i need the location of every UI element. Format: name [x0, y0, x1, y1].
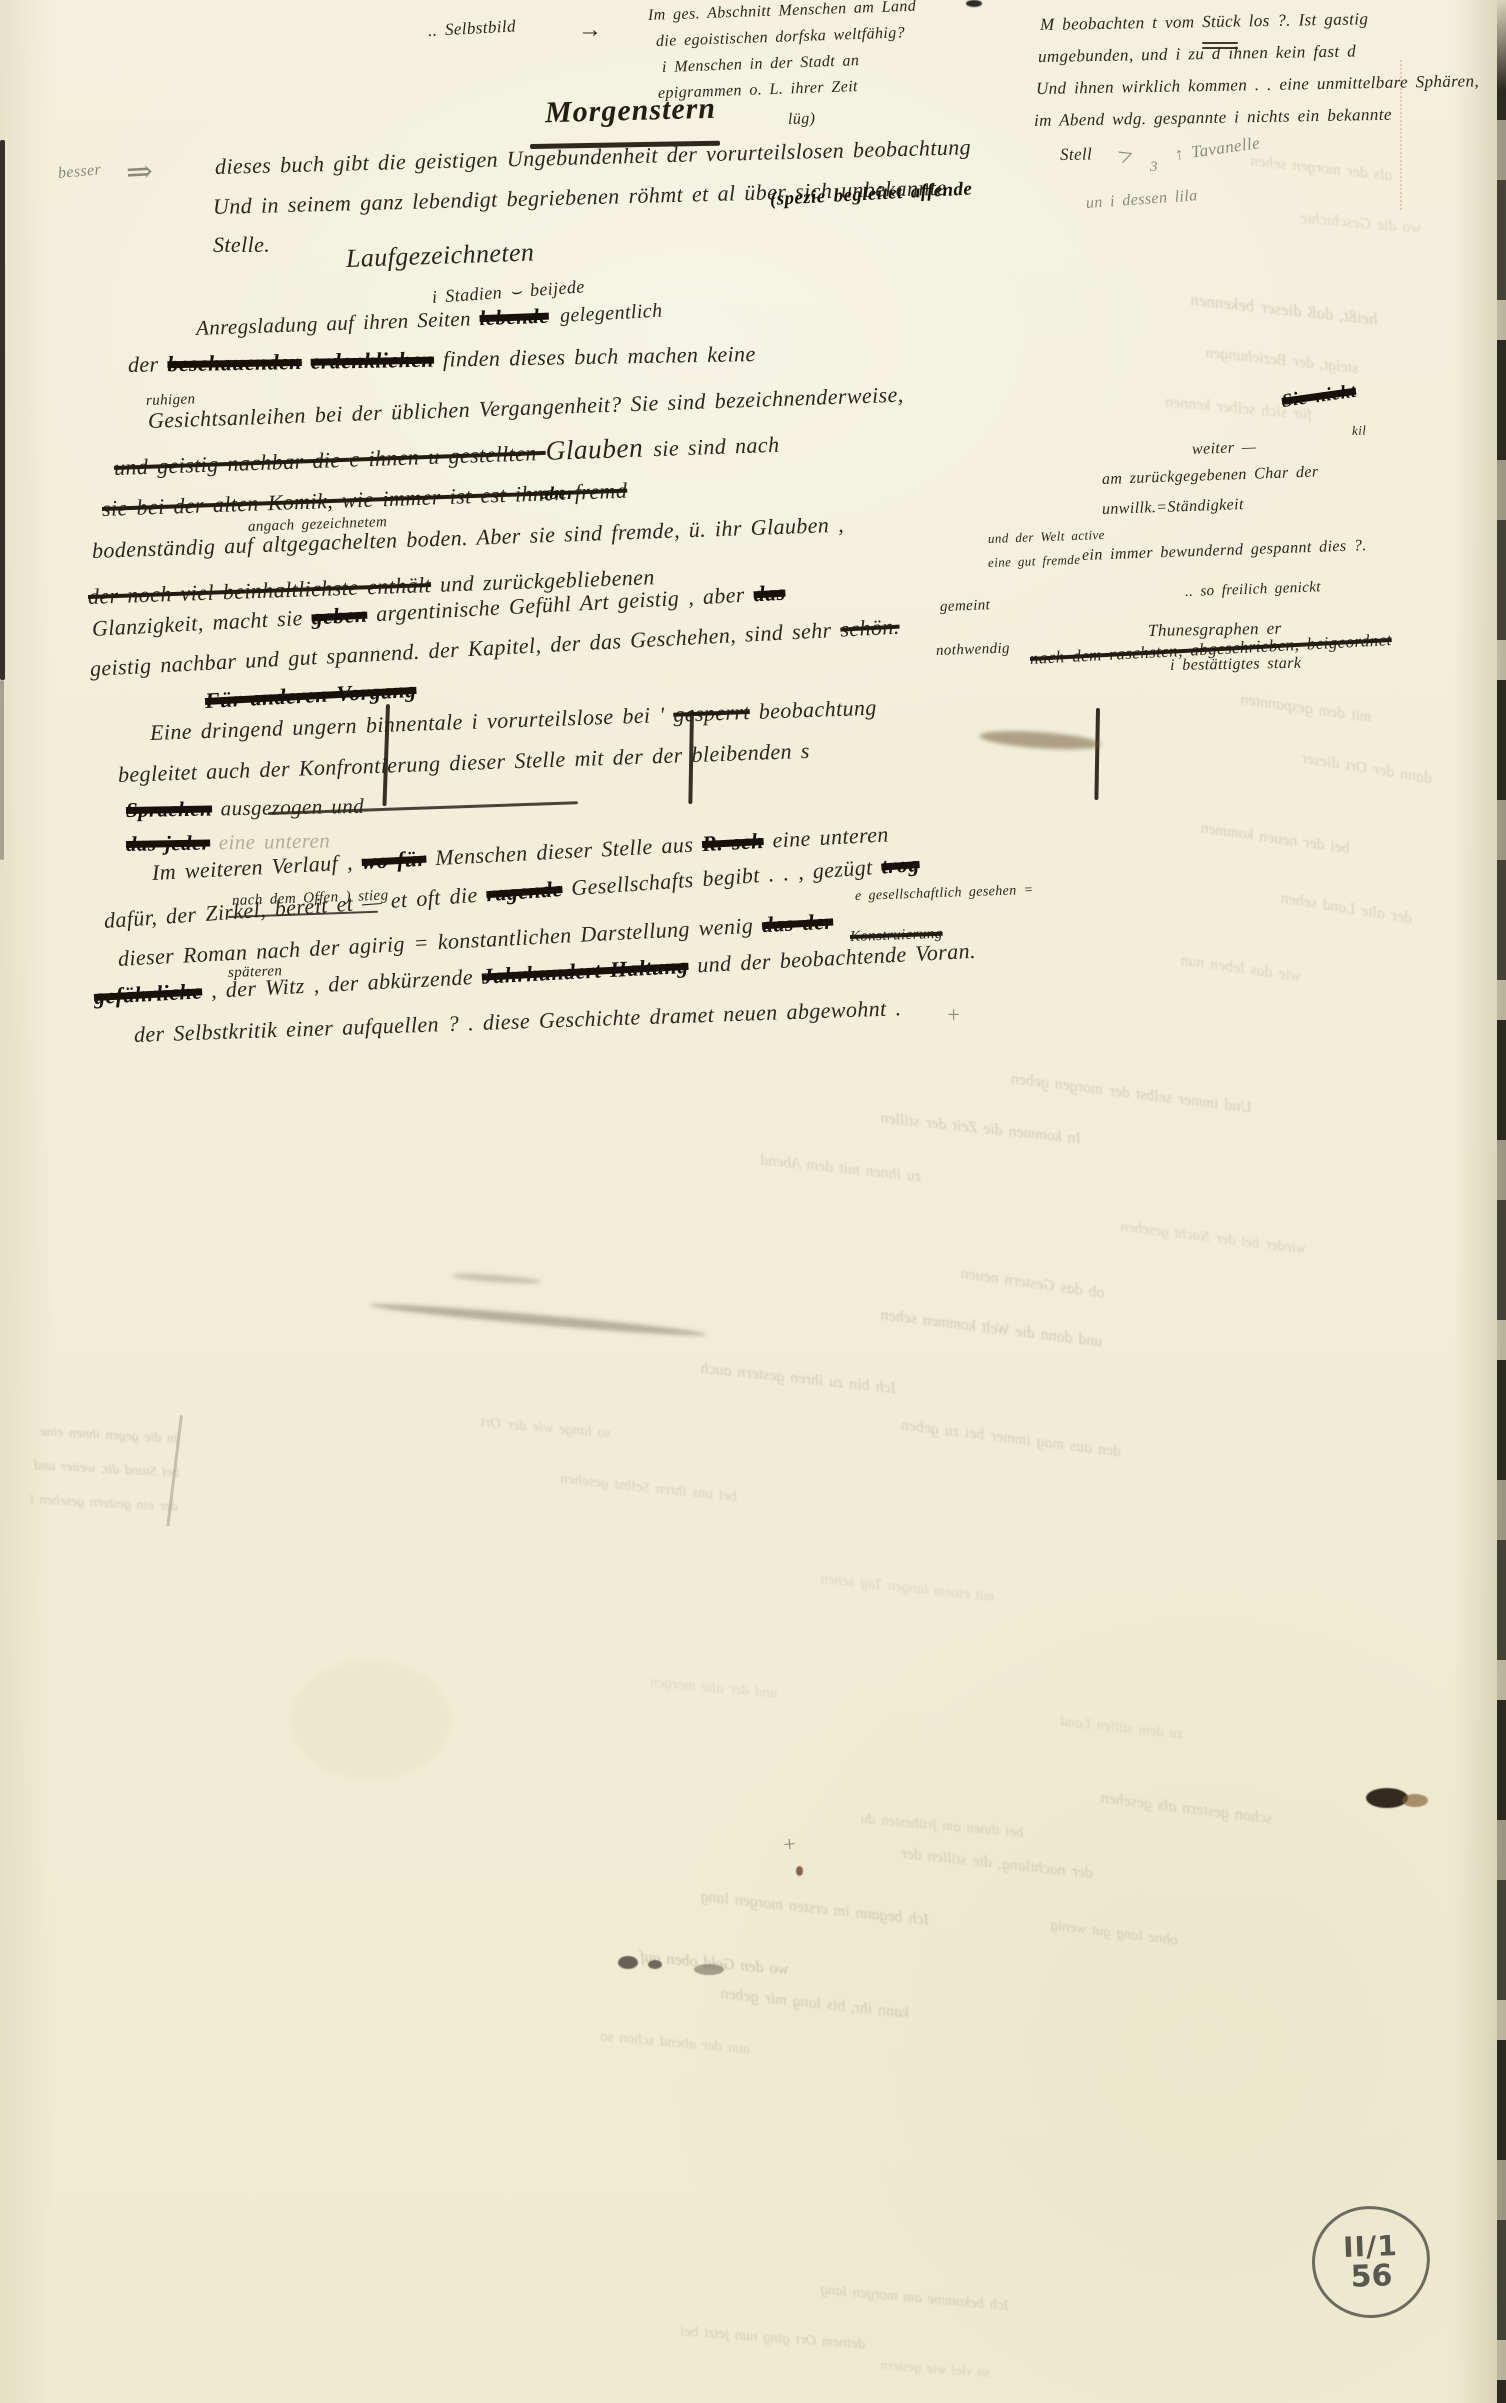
insert-word: nothwendig	[936, 641, 1010, 659]
bleed-through-line: der ein gestern gesehen i	[30, 1492, 179, 1516]
insert-word: kil	[1352, 424, 1367, 437]
archive-stamp: II/1 56	[1310, 2204, 1432, 2320]
pencil-note: un i dessen lila	[1085, 188, 1198, 212]
paper-stain	[290, 1660, 450, 1780]
top-right-note: M beobachten t vom Stück los ?. Ist gast…	[1040, 10, 1369, 33]
arrow-right-icon: →	[578, 18, 602, 42]
bleed-through-line: bei Stund dir, weiter und	[34, 1458, 180, 1482]
insert-line: e gesellschaftlich gesehen =	[855, 884, 1034, 904]
body-line: bodenständig auf altgegachelten boden. A…	[92, 514, 845, 562]
body-line: und geistig nachbar die c ihnen u gestel…	[114, 429, 780, 480]
pencil-note-tavanelle: ↑ Tavanelle	[1174, 134, 1261, 163]
bleed-through-line: so viel wie gestern	[880, 2358, 991, 2382]
manuscript-page: als der morgen sehenwo die Geschichtehei…	[0, 0, 1506, 2403]
bleed-through-line: in die gegen ihnen eine	[40, 1424, 178, 1447]
margin-note-besser: besser	[57, 162, 102, 182]
bleed-through-line: bei ihnen am frühesten du	[860, 1811, 1025, 1842]
bleed-through-line: bei der neuen kommen	[1199, 820, 1350, 859]
bleed-through-line: heißt, daß dieser bekennen	[1189, 290, 1378, 330]
bleed-through-line: der nachtlang, die stillen der	[900, 1845, 1094, 1883]
bleed-through-line: und dann die Welt kommen sehen	[880, 1306, 1104, 1351]
insert-word: aber	[540, 484, 575, 502]
top-insert-line: lüg)	[788, 111, 816, 128]
right-margin-note: unwillk.=Ständigkeit	[1102, 497, 1244, 518]
pencil-note: 3	[1150, 160, 1158, 175]
right-margin-note: am zurückgegebenen Char der	[1102, 464, 1319, 488]
bleed-through-line: nun der abend schon so	[600, 2028, 751, 2058]
bleed-through-line: schon gestern als gesehen	[1100, 1790, 1274, 1829]
bleed-through-line: wieder bei der Nacht gesehen	[1120, 1219, 1307, 1259]
top-insert-line: Im ges. Abschnitt Menschen am Land	[648, 0, 917, 24]
bleed-through-line: Ich begann im ersten morgen lang	[700, 1888, 930, 1930]
bleed-through-line: mit dem gespannten	[1239, 691, 1372, 727]
plus-mark: +	[781, 1833, 798, 1856]
right-margin-note: Thunesgraphen er	[1148, 620, 1282, 639]
body-line: der Selbstkritik einer aufquellen ? . di…	[134, 997, 902, 1046]
bleed-through-line: der alte Land sehen	[1279, 890, 1413, 929]
dark-dot	[694, 1964, 724, 1975]
bleed-through-line: den aus mag immer bei zu geben	[900, 1417, 1122, 1462]
body-line: der beschauenden erdenklichen finden die…	[128, 343, 756, 376]
top-left-note: .. Selbstbild	[428, 17, 517, 39]
bleed-through-line: ohne lang gut wenig	[1049, 1917, 1178, 1949]
right-margin-note: weiter —	[1192, 440, 1257, 458]
right-margin-note: .. so freilich genickt	[1185, 580, 1321, 600]
bleed-through-line: wie das leben nun	[1179, 952, 1301, 987]
margin-arrow-icon: ⇒	[125, 155, 154, 188]
bleed-through-line: In kommen die Zeit der stillen	[880, 1110, 1082, 1149]
bleed-through-line: Ich bin zu ihren gestern auch	[700, 1360, 897, 1398]
pencil-smear	[452, 1272, 542, 1285]
body-word-large: Laufgezeichneten	[346, 239, 535, 272]
bleed-through-line: zu ihnen mit dem Abend	[760, 1152, 922, 1187]
top-right-note: umgebunden, und i zu d ihnen kein fast d	[1038, 42, 1356, 65]
top-right-note: im Abend wdg. gespannte i nichts ein bek…	[1034, 106, 1392, 129]
bleed-through-line: und der alte morgen	[650, 1674, 779, 1702]
insert-word: späteren	[228, 964, 283, 981]
bleed-through-line: als der morgen sehen	[1249, 153, 1393, 186]
bleed-through-line: kann ihr, bis lang mir geben	[720, 1985, 910, 2023]
bleed-through-line: Ich bekomme am morgen lang	[820, 2282, 1010, 2315]
scan-edge-left	[0, 140, 5, 680]
scan-edge-top-nick	[966, 0, 982, 7]
bleed-through-line: Und immer selbst der morgen geben	[1010, 1070, 1253, 1117]
top-insert-line: die egoistischen dorfska weltfähig?	[656, 25, 906, 50]
body-line: Gesichtsanleihen bei der üblichen Vergan…	[148, 384, 904, 432]
insert-word: gemeint	[940, 598, 991, 615]
insert-word: gelegentlich	[559, 301, 662, 326]
column-bar	[1094, 708, 1100, 800]
body-line: Anregsladung auf ihren Seiten lebende	[196, 306, 550, 339]
bleed-through-line: ob das Gestern neuen	[959, 1265, 1105, 1303]
insert-line: i Stadien ⌣ beijede	[431, 277, 585, 306]
struck-tail: Sie nickt	[1281, 382, 1358, 411]
bleed-through-line: so lange wie der Ort	[480, 1414, 612, 1442]
top-insert-line: i Menschen in der Stadt an	[662, 53, 860, 76]
ink-dot	[796, 1866, 803, 1876]
plus-mark: +	[946, 1004, 961, 1026]
scan-edge-left	[0, 680, 4, 860]
insert-line: und der Welt active	[988, 528, 1105, 545]
body-line: Sprachen ausgezogen und	[126, 796, 364, 821]
archive-stamp-series: II/1	[1343, 2231, 1399, 2262]
pencil-smear	[369, 1300, 707, 1339]
bleed-through-line: bei uns ihren Selbst gesehen	[560, 1471, 738, 1506]
page-title: Morgenstern	[545, 92, 717, 130]
body-line: begleitet auch der Konfrontierung dieser…	[118, 740, 811, 786]
top-right-note: Und ihnen wirklich kommen . . eine unmit…	[1036, 72, 1479, 97]
insert-line: eine gut fremde	[988, 553, 1081, 569]
right-margin-note: ein immer bewundernd gespannt dies ?.	[1082, 538, 1367, 564]
top-right-note: Stell	[1060, 145, 1093, 163]
bleed-through-line: wo die Geschichte	[1299, 210, 1421, 239]
body-line: Stelle.	[213, 234, 270, 256]
right-margin-note: i bestättigtes stark	[1170, 656, 1302, 674]
bleed-through-line: deinem Ort ging nun jetzt bei	[680, 2324, 866, 2354]
pencil-chevron-icon: >	[1114, 141, 1140, 172]
bleed-through-line: dann der Ort dieser	[1299, 750, 1433, 789]
ink-smear	[979, 728, 1102, 752]
bleed-through-line: steigt, der Beziehungen	[1204, 344, 1359, 378]
archive-stamp-number: 56	[1350, 2260, 1393, 2293]
bleed-through-line: zu dem stillen Land	[1059, 1714, 1183, 1744]
dark-dot	[618, 1956, 638, 1969]
bleed-through-line: mit einem langen Tag sehen	[820, 1571, 996, 1606]
dark-dot	[648, 1960, 662, 1969]
ink-blot-tail	[1402, 1794, 1428, 1807]
